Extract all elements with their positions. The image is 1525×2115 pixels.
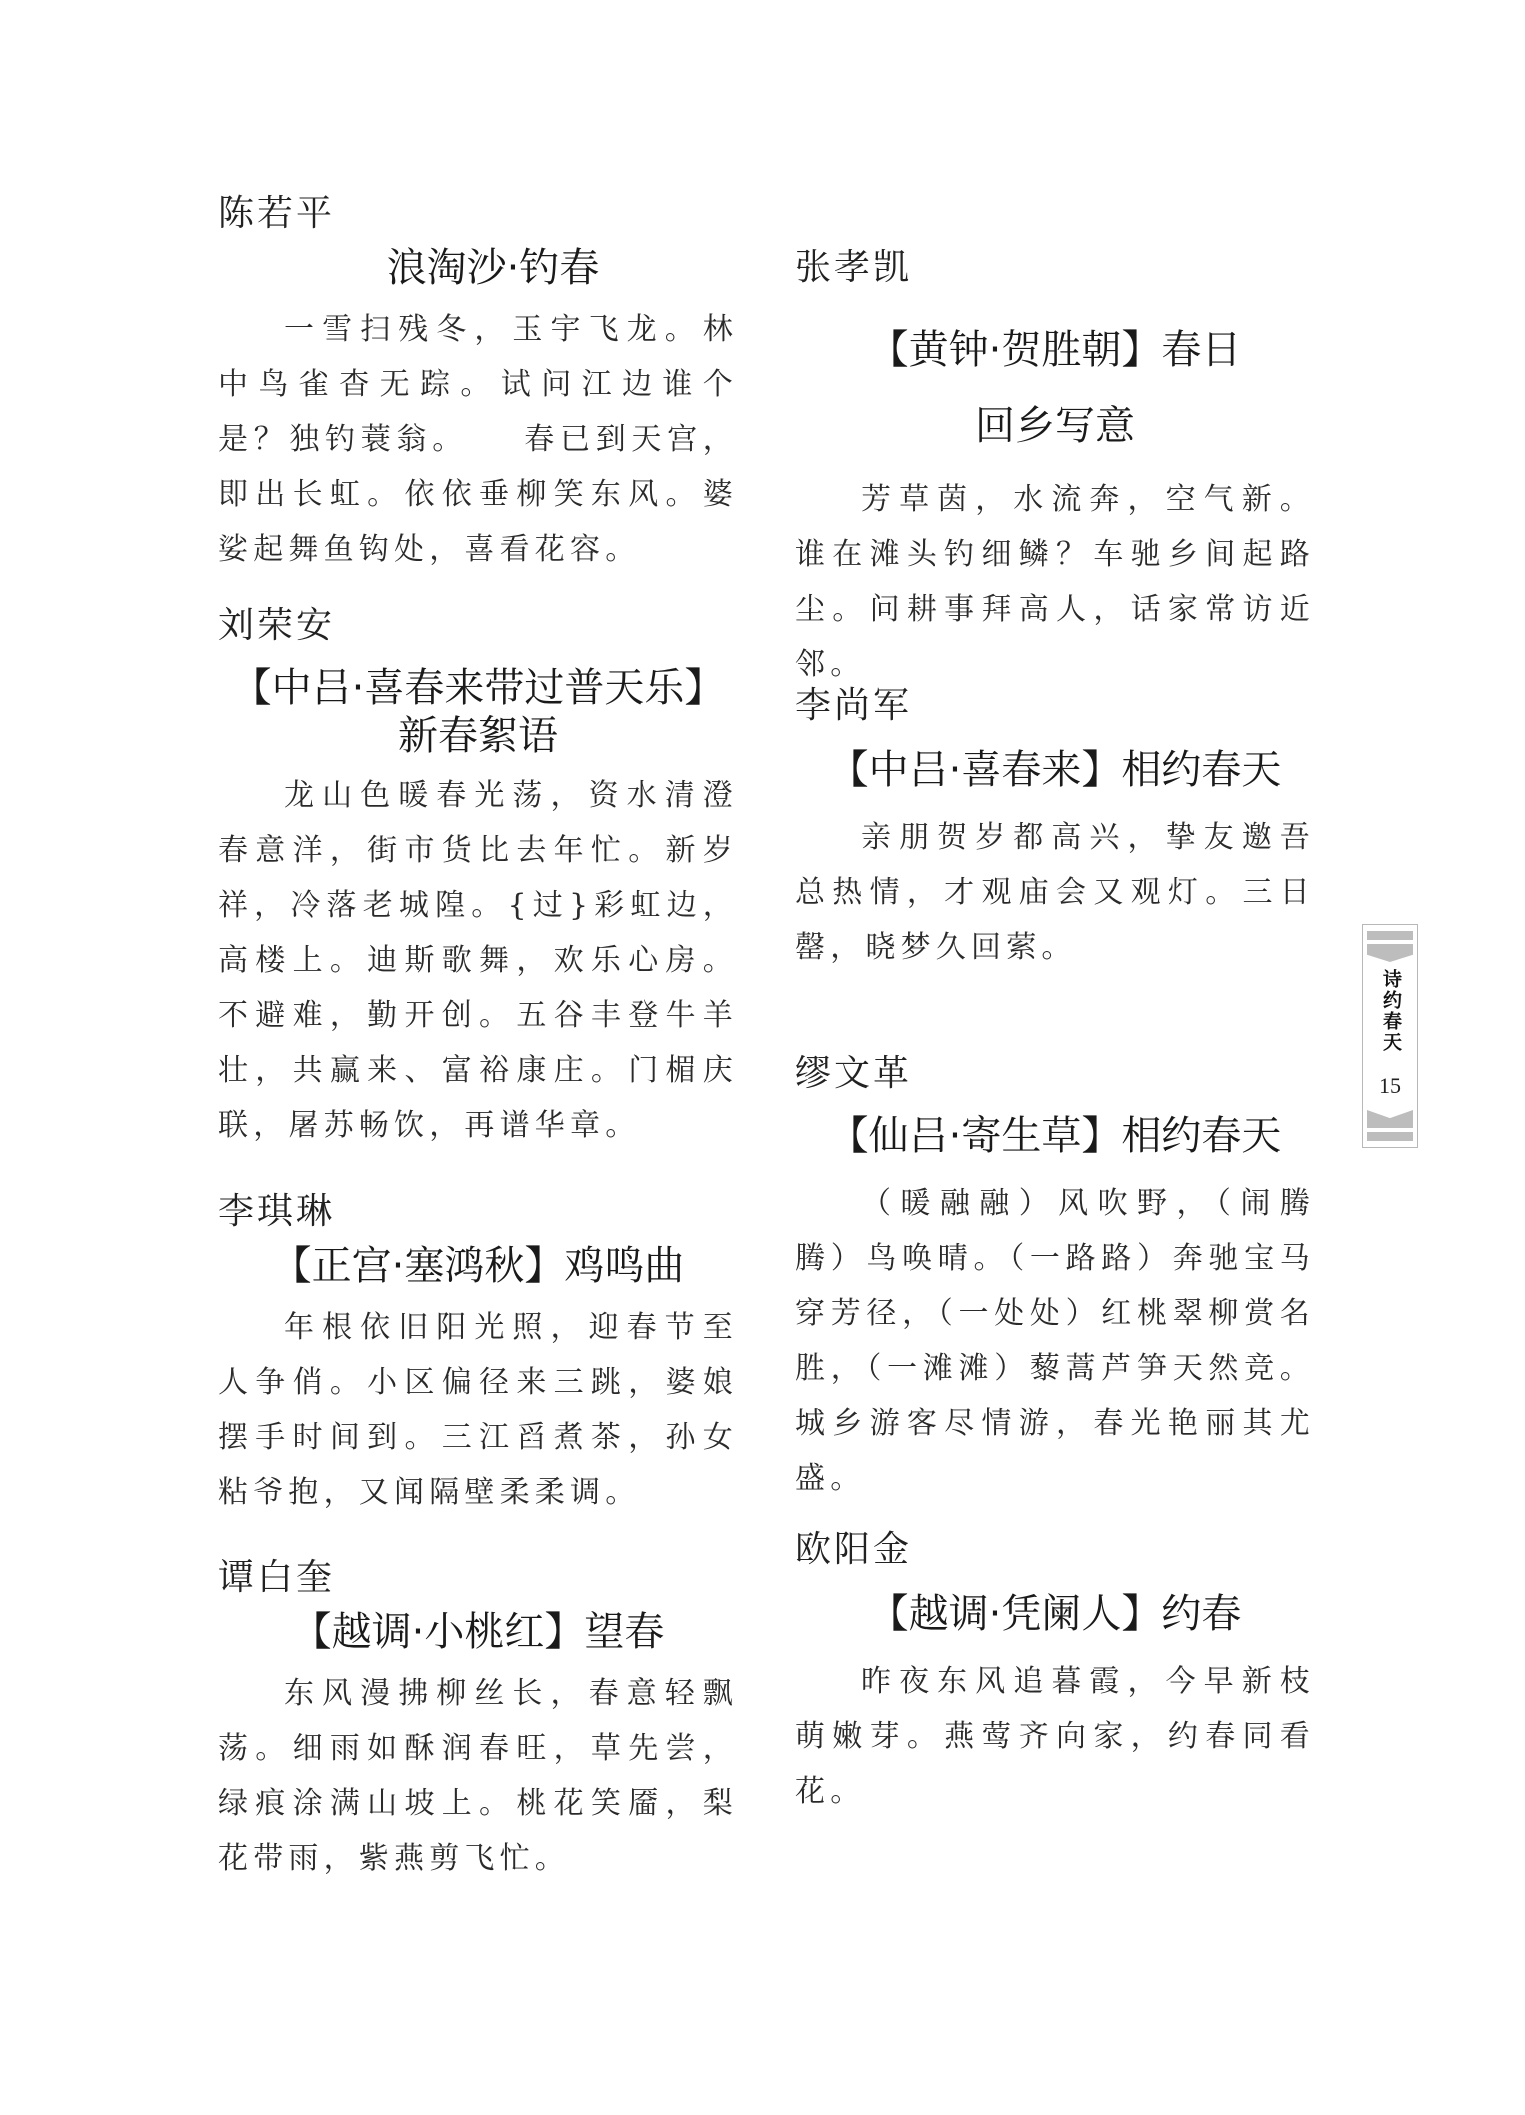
poem-chen-ruoping: 陈若平 浪淘沙·钓春 一雪扫残冬，玉宇飞龙。林中鸟雀杳无踪。试问江边谁个是？独钓… [218, 192, 738, 577]
poem-author: 缪文革 [795, 1052, 1315, 1096]
book-page: 陈若平 浪淘沙·钓春 一雪扫残冬，玉宇飞龙。林中鸟雀杳无踪。试问江边谁个是？独钓… [0, 0, 1525, 2115]
section-title-vertical: 诗约春天 [1378, 969, 1402, 1053]
poem-title-line: 【中吕·喜春来带过普天乐】 [218, 664, 738, 712]
poem-ouyang-jin: 欧阳金 【越调·凭阑人】约春 昨夜东风追暮霞，今早新枝萌嫩芽。燕莺齐向家，约春同… [795, 1528, 1315, 1819]
poem-author: 李尚军 [795, 684, 1315, 728]
poem-title: 【正宫·塞鸿秋】鸡鸣曲 [218, 1240, 738, 1292]
poem-title: 【越调·凭阑人】约春 [795, 1588, 1315, 1640]
poem-body: 年根依旧阳光照，迎春节至人争俏。小区偏径来三跳，婆娘摆手时间到。三江舀煮茶，孙女… [218, 1300, 738, 1520]
poem-title: 【黄钟·贺胜朝】春日 回乡写意 [795, 312, 1315, 464]
poem-title-line: 新春絮语 [218, 712, 738, 760]
page-number: 15 [1363, 1073, 1417, 1099]
poem-title-line: 浪淘沙·钓春 [248, 242, 738, 294]
tab-decor-bar-bottom [1367, 1132, 1413, 1141]
poem-body: 亲朋贺岁都高兴，挚友邀吾总热情，才观庙会又观灯。三日罄，晓梦久回萦。 [795, 810, 1315, 975]
poem-body: 芳草茵，水流奔，空气新。谁在滩头钓细鳞？车驰乡间起路尘。问耕事拜高人，话家常访近… [795, 472, 1315, 692]
poem-body: 一雪扫残冬，玉宇飞龙。林中鸟雀杳无踪。试问江边谁个是？独钓蓑翁。 春已到天宫，即… [218, 302, 738, 577]
poem-title-line: 【中吕·喜春来】相约春天 [795, 744, 1315, 796]
poem-title-line: 【正宫·塞鸿秋】鸡鸣曲 [218, 1240, 738, 1292]
poem-author: 陈若平 [218, 192, 738, 236]
poem-author: 李琪琳 [218, 1190, 738, 1234]
poem-title: 浪淘沙·钓春 [218, 242, 738, 294]
poem-body: 东风漫拂柳丝长，春意轻飘荡。细雨如酥润春旺，草先尝，绿痕涂满山坡上。桃花笑靥，梨… [218, 1666, 738, 1886]
poem-author: 刘荣安 [218, 604, 738, 648]
poem-title-line: 回乡写意 [795, 388, 1315, 464]
tab-decor-bar-top [1367, 931, 1413, 940]
poem-title-line: 【越调·凭阑人】约春 [795, 1588, 1315, 1640]
poem-title: 【仙吕·寄生草】相约春天 [795, 1110, 1315, 1162]
poem-body: 龙山色暖春光荡，资水清澄春意洋，街市货比去年忙。新岁祥，冷落老城隍。{过}彩虹边… [218, 768, 738, 1153]
poem-author: 张孝凯 [795, 246, 1315, 290]
poem-title-line: 【黄钟·贺胜朝】春日 [795, 312, 1315, 388]
poem-title-line: 【仙吕·寄生草】相约春天 [795, 1110, 1315, 1162]
poem-body: （暖融融）风吹野，（闹腾腾）鸟唤晴。（一路路）奔驰宝马穿芳径，（一处处）红桃翠柳… [795, 1176, 1315, 1506]
poem-author: 欧阳金 [795, 1528, 1315, 1572]
poem-author: 谭白奎 [218, 1556, 738, 1600]
poem-li-qilin: 李琪琳 【正宫·塞鸿秋】鸡鸣曲 年根依旧阳光照，迎春节至人争俏。小区偏径来三跳，… [218, 1190, 738, 1520]
poem-body: 昨夜东风追暮霞，今早新枝萌嫩芽。燕莺齐向家，约春同看花。 [795, 1654, 1315, 1819]
poem-title: 【越调·小桃红】望春 [218, 1606, 738, 1658]
poem-liu-rongan: 刘荣安 【中吕·喜春来带过普天乐】 新春絮语 龙山色暖春光荡，资水清澄春意洋，街… [218, 604, 738, 1153]
poem-li-shangjun: 李尚军 【中吕·喜春来】相约春天 亲朋贺岁都高兴，挚友邀吾总热情，才观庙会又观灯… [795, 684, 1315, 975]
chevron-up-icon [1367, 1110, 1413, 1128]
poem-title: 【中吕·喜春来带过普天乐】 新春絮语 [218, 664, 738, 760]
poem-zhang-xiaokai: 张孝凯 【黄钟·贺胜朝】春日 回乡写意 芳草茵，水流奔，空气新。谁在滩头钓细鳞？… [795, 246, 1315, 692]
section-side-tab: 诗约春天 15 [1362, 924, 1418, 1148]
poem-miao-wenge: 缪文革 【仙吕·寄生草】相约春天 （暖融融）风吹野，（闹腾腾）鸟唤晴。（一路路）… [795, 1052, 1315, 1506]
chevron-down-icon [1367, 944, 1413, 962]
poem-title: 【中吕·喜春来】相约春天 [795, 744, 1315, 796]
poem-title-line: 【越调·小桃红】望春 [218, 1606, 738, 1658]
poem-tan-baikui: 谭白奎 【越调·小桃红】望春 东风漫拂柳丝长，春意轻飘荡。细雨如酥润春旺，草先尝… [218, 1556, 738, 1886]
